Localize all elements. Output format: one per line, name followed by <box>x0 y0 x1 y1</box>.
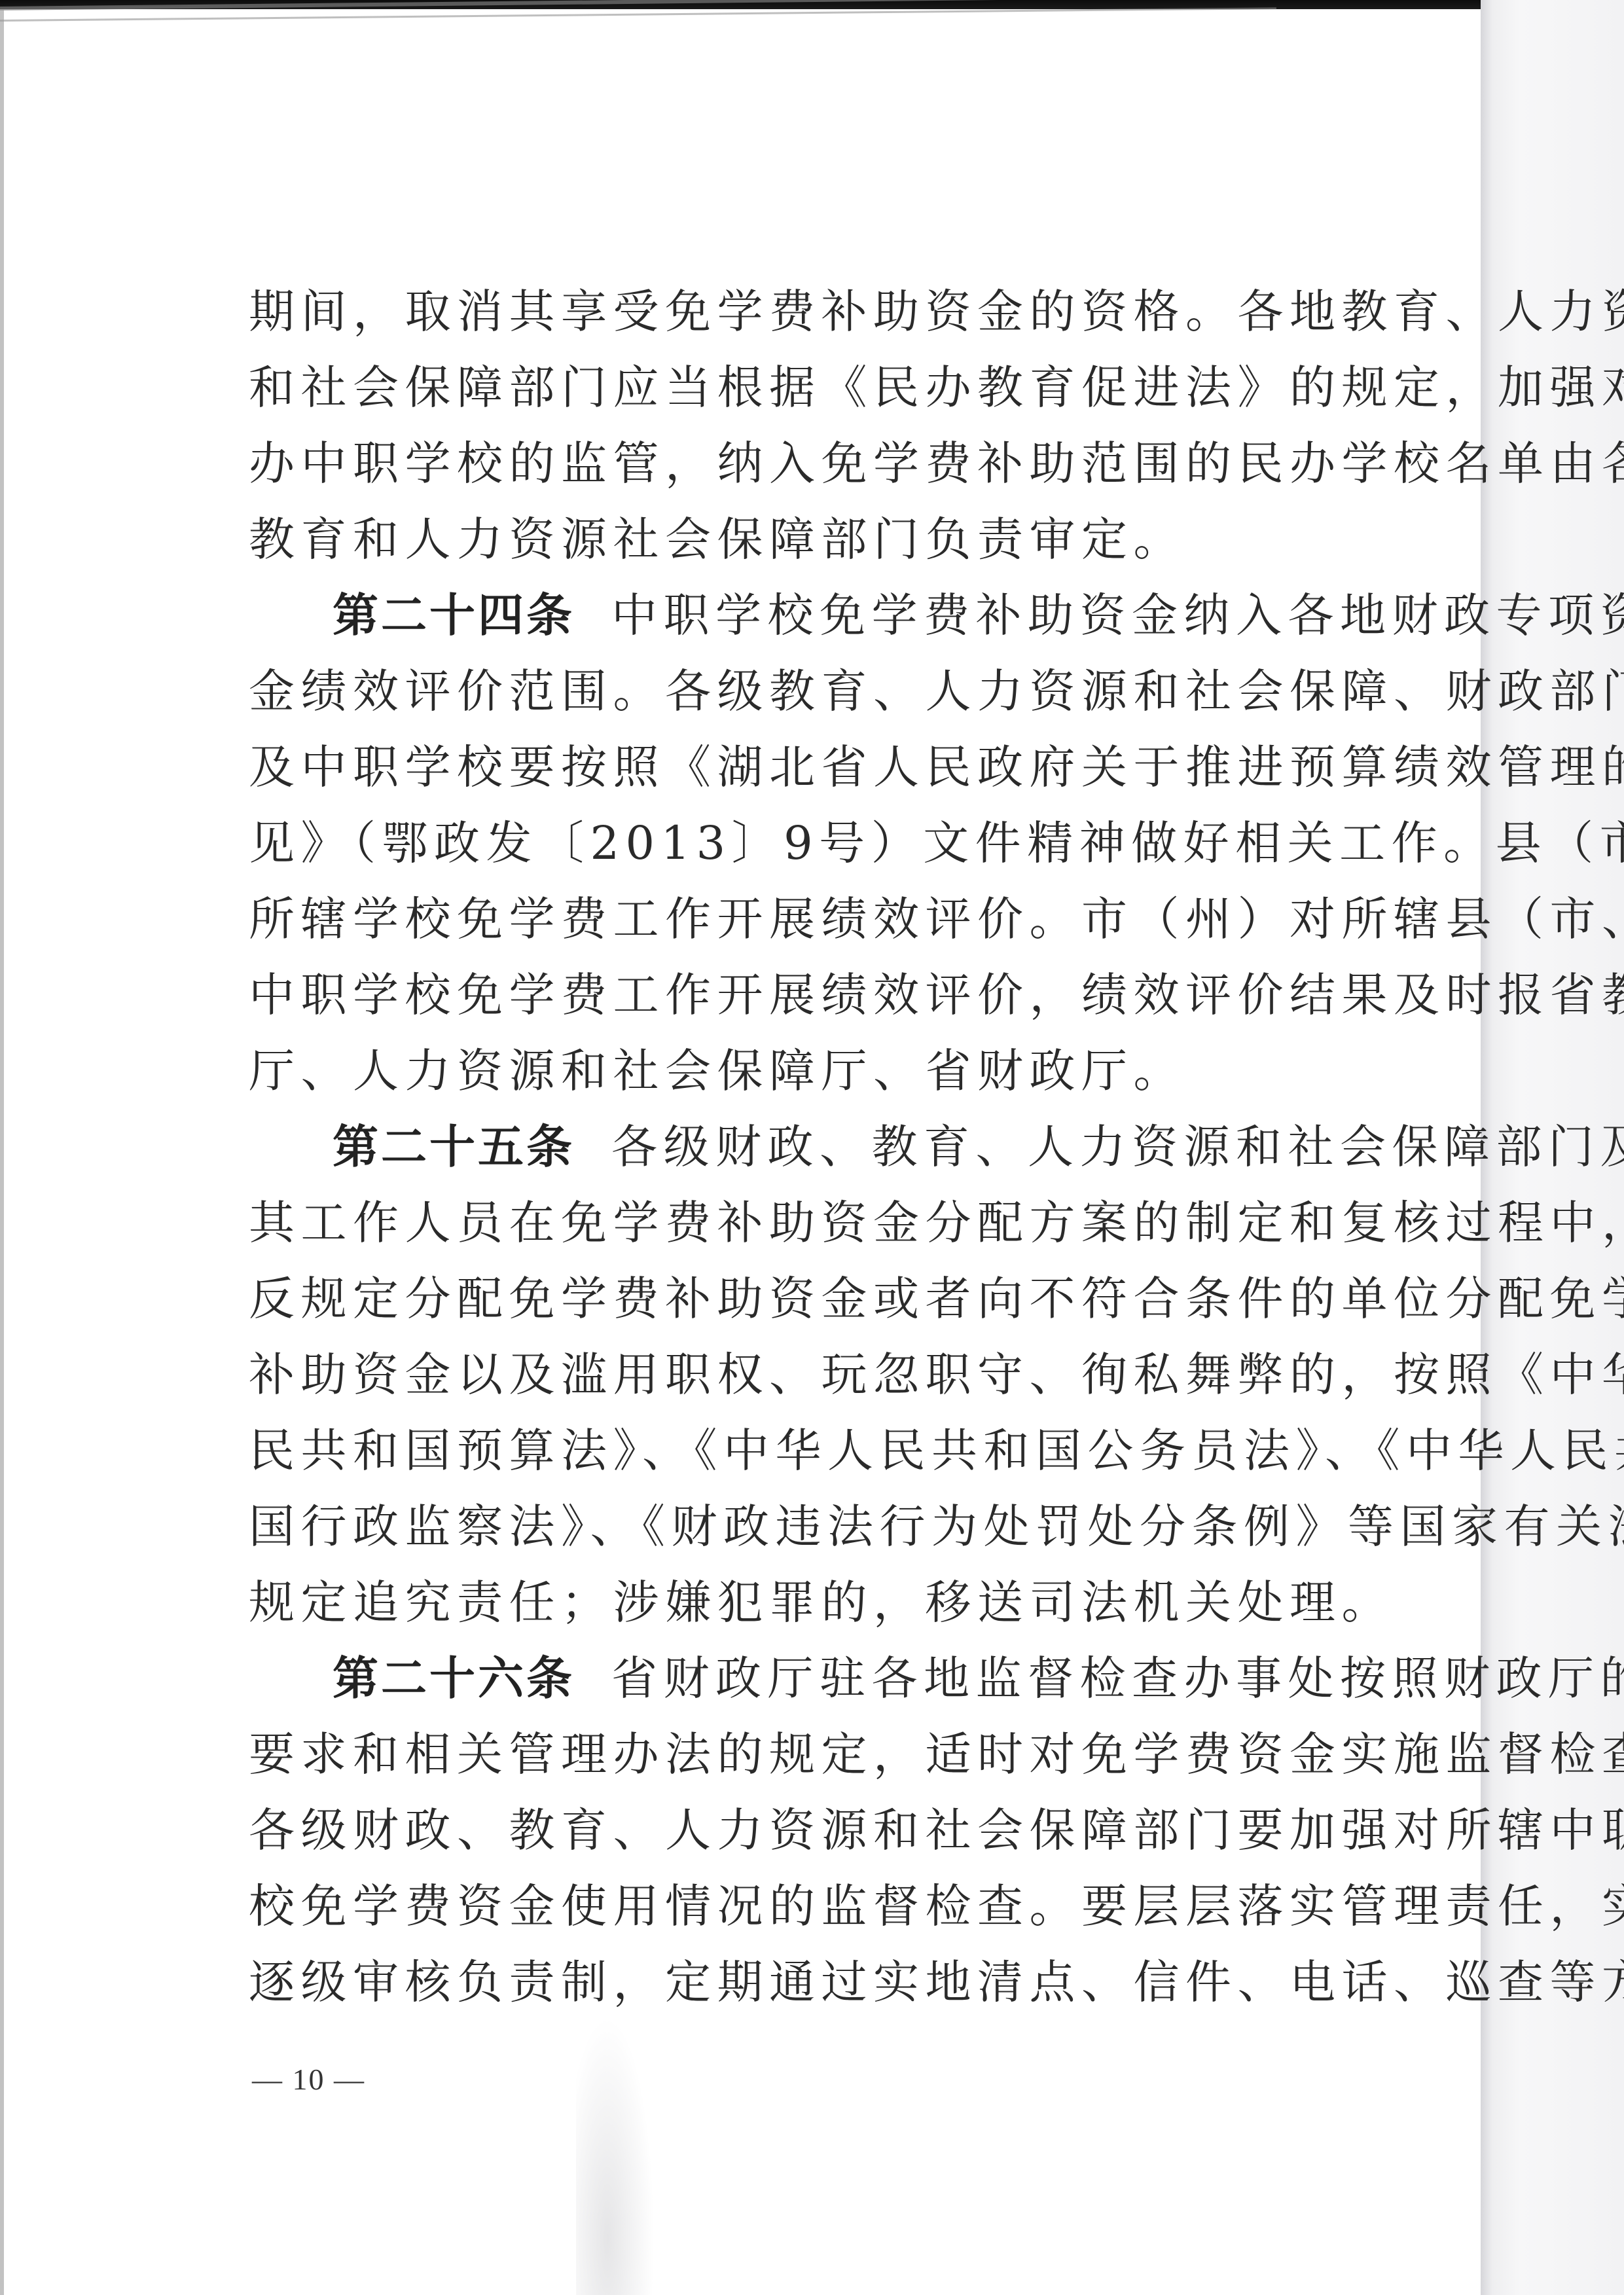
text-line: 见》（鄂政发〔2013〕9号）文件精神做好相关工作。县（市、区）对 <box>249 805 1447 881</box>
text-line: 各级财政、教育、人力资源和社会保障部门要加强对所辖中职学 <box>249 1792 1447 1868</box>
text-line: 逐级审核负责制，定期通过实地清点、信件、电话、巡查等方式 <box>249 1944 1447 2020</box>
document-body: 期间，取消其享受免学费补助资金的资格。各地教育、人力资源 和社会保障部门应当根据… <box>249 274 1447 2020</box>
article-heading: 第二十五条 <box>333 1120 575 1174</box>
text-line: 要求和相关管理办法的规定，适时对免学费资金实施监督检查。 <box>249 1716 1447 1792</box>
article-heading: 第二十四条 <box>333 588 575 642</box>
text-line: 中职学校免学费工作开展绩效评价，绩效评价结果及时报省教育 <box>249 957 1447 1033</box>
text-line: 各级财政、教育、人力资源和社会保障部门及 <box>611 1120 1624 1174</box>
text-line: 补助资金以及滥用职权、玩忽职守、徇私舞弊的，按照《中华人 <box>249 1337 1447 1413</box>
page-number: — 10 — <box>252 2062 365 2097</box>
text-line: 中职学校免学费补助资金纳入各地财政专项资 <box>611 588 1624 642</box>
text-line: 金绩效评价范围。各级教育、人力资源和社会保障、财政部门以 <box>249 653 1447 729</box>
text-line: 所辖学校免学费工作开展绩效评价。市（州）对所辖县（市、区） <box>249 881 1447 957</box>
article-26-first-line: 第二十六条省财政厅驻各地监督检查办事处按照财政厅的 <box>249 1640 1447 1716</box>
scan-left-edge <box>0 9 4 2295</box>
article-heading: 第二十六条 <box>333 1652 575 1705</box>
text-line: 其工作人员在免学费补助资金分配方案的制定和复核过程中，违 <box>249 1185 1447 1261</box>
text-line: 省财政厅驻各地监督检查办事处按照财政厅的 <box>611 1652 1624 1705</box>
text-line: 期间，取消其享受免学费补助资金的资格。各地教育、人力资源 <box>249 274 1447 350</box>
article-25-first-line: 第二十五条各级财政、教育、人力资源和社会保障部门及 <box>249 1109 1447 1185</box>
text-line: 规定追究责任；涉嫌犯罪的，移送司法机关处理。 <box>249 1564 1447 1640</box>
text-line: 民共和国预算法》、《中华人民共和国公务员法》、《中华人民共和 <box>249 1413 1447 1489</box>
text-line: 及中职学校要按照《湖北省人民政府关于推进预算绩效管理的意 <box>249 729 1447 805</box>
text-line: 校免学费资金使用情况的监督检查。要层层落实管理责任，实行 <box>249 1868 1447 1944</box>
text-line: 和社会保障部门应当根据《民办教育促进法》的规定，加强对民 <box>249 350 1447 425</box>
text-line: 办中职学校的监管，纳入免学费补助范围的民办学校名单由各级 <box>249 425 1447 501</box>
text-line: 教育和人力资源社会保障部门负责审定。 <box>249 501 1447 577</box>
text-line: 厅、人力资源和社会保障厅、省财政厅。 <box>249 1033 1447 1109</box>
paper-fold-shadow <box>576 2016 655 2295</box>
text-line: 反规定分配免学费补助资金或者向不符合条件的单位分配免学费 <box>249 1261 1447 1337</box>
article-24-first-line: 第二十四条中职学校免学费补助资金纳入各地财政专项资 <box>249 577 1447 653</box>
scan-edge-line <box>0 7 1276 22</box>
text-line: 国行政监察法》、《财政违法行为处罚处分条例》等国家有关法律 <box>249 1489 1447 1564</box>
